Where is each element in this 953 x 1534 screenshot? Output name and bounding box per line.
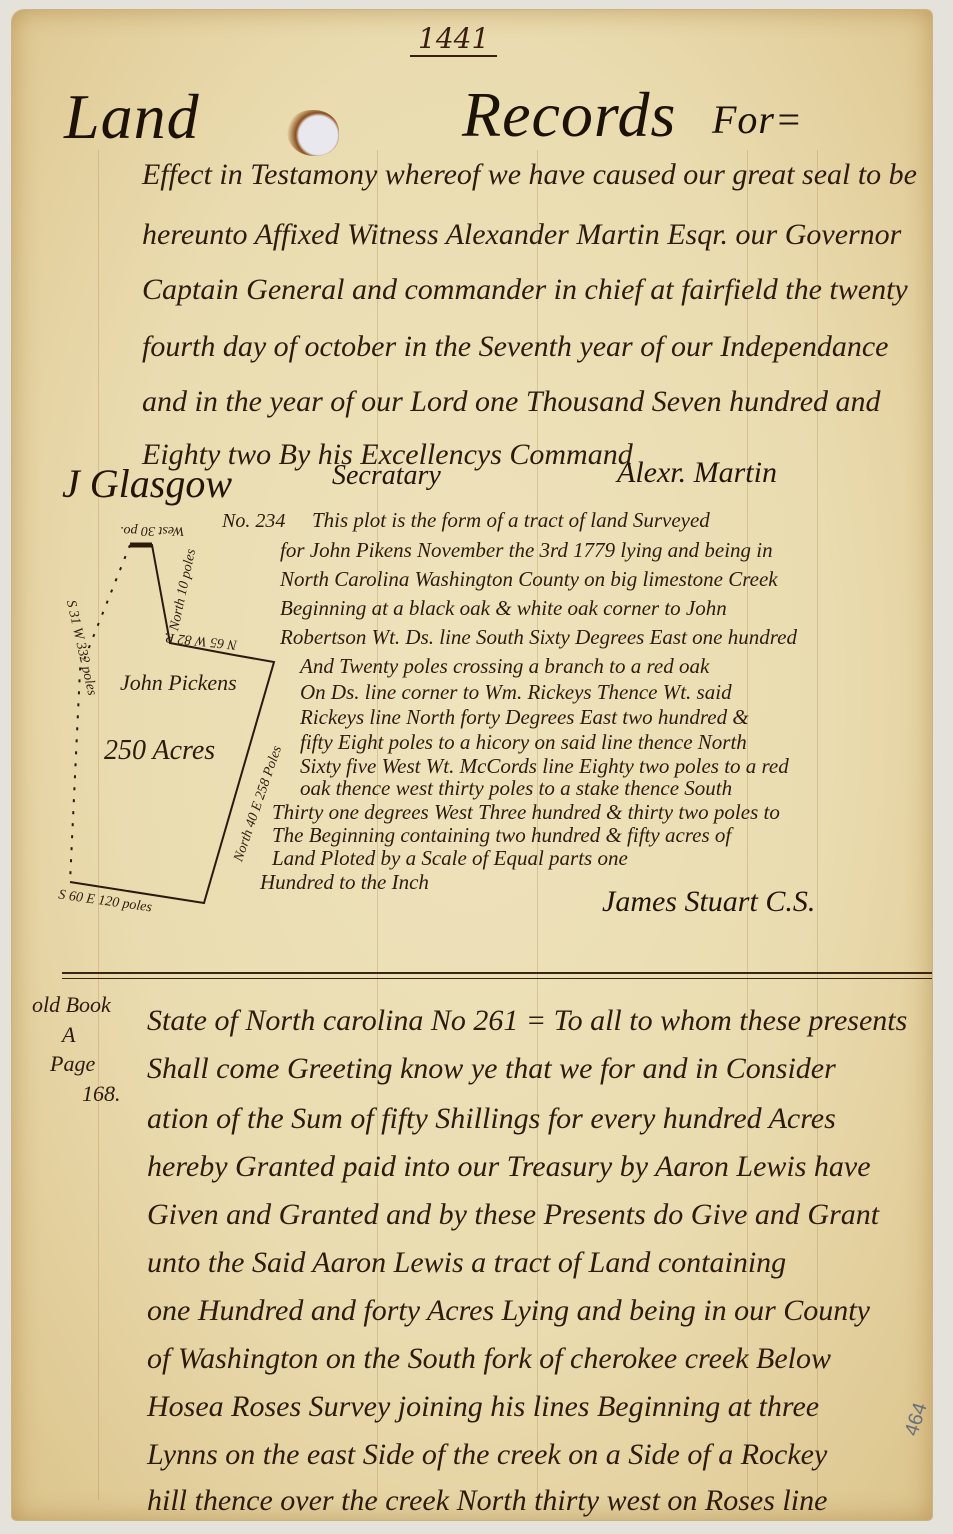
manuscript-page: 1441 Land Records For= Effect in Testamo… [12, 10, 932, 1520]
survey-line: for John Pikens November the 3rd 1779 ly… [280, 538, 773, 563]
survey-line: The Beginning containing two hundred & f… [272, 823, 731, 848]
section-divider [62, 972, 932, 979]
plot-owner: John Pickens [120, 670, 237, 696]
survey-line: Rickeys line North forty Degrees East tw… [300, 705, 749, 730]
survey-line: North Carolina Washington County on big … [280, 567, 778, 592]
pencil-page-note: 464 [901, 1400, 933, 1439]
text-line: one Hundred and forty Acres Lying and be… [147, 1294, 870, 1328]
survey-line: fifty Eight poles to a hicory on said li… [300, 730, 747, 755]
survey-line: Land Ploted by a Scale of Equal parts on… [272, 846, 628, 871]
text-line: hill thence over the creek North thirty … [147, 1484, 827, 1518]
surveyor-signature: James Stuart C.S. [602, 885, 815, 919]
text-line: Shall come Greeting know ye that we for … [147, 1052, 836, 1086]
text-line: Given and Granted and by these Presents … [147, 1198, 879, 1232]
text-line: hereby Granted paid into our Treasury by… [147, 1150, 871, 1184]
heading-for: For= [712, 96, 803, 143]
plot-edge-top: West 30 po. [120, 522, 184, 538]
text-line: ation of the Sum of fifty Shillings for … [147, 1102, 836, 1136]
page-number: 1441 [410, 22, 497, 57]
text-line: Lynns on the east Side of the creek on a… [147, 1438, 827, 1472]
governor-signature: Alexr. Martin [617, 456, 777, 490]
survey-line: This plot is the form of a tract of land… [312, 508, 710, 533]
survey-line: And Twenty poles crossing a branch to a … [300, 654, 709, 679]
survey-line: Robertson Wt. Ds. line South Sixty Degre… [280, 625, 797, 650]
margin-note-line: Page [32, 1049, 121, 1079]
text-line: State of North carolina No 261 = To all … [147, 1004, 907, 1038]
secretary-title: Secratary [332, 460, 441, 492]
text-line: unto the Said Aaron Lewis a tract of Lan… [147, 1246, 786, 1280]
margin-note-line: old Book [32, 990, 121, 1020]
text-line: of Washington on the South fork of chero… [147, 1342, 831, 1376]
survey-line: Beginning at a black oak & white oak cor… [280, 596, 727, 621]
survey-line: Thirty one degrees West Three hundred & … [272, 800, 780, 825]
heading-records: Records [462, 78, 676, 152]
margin-note: old Book A Page 168. [32, 990, 121, 1109]
text-line: Hosea Roses Survey joining his lines Beg… [147, 1390, 819, 1424]
margin-note-line: 168. [32, 1079, 121, 1109]
margin-note-line: A [32, 1020, 121, 1050]
survey-line: oak thence west thirty poles to a stake … [300, 776, 732, 801]
plot-acreage: 250 Acres [104, 735, 215, 767]
survey-line: On Ds. line corner to Wm. Rickeys Thence… [300, 680, 732, 705]
plot-boundary-dotted [70, 545, 130, 882]
